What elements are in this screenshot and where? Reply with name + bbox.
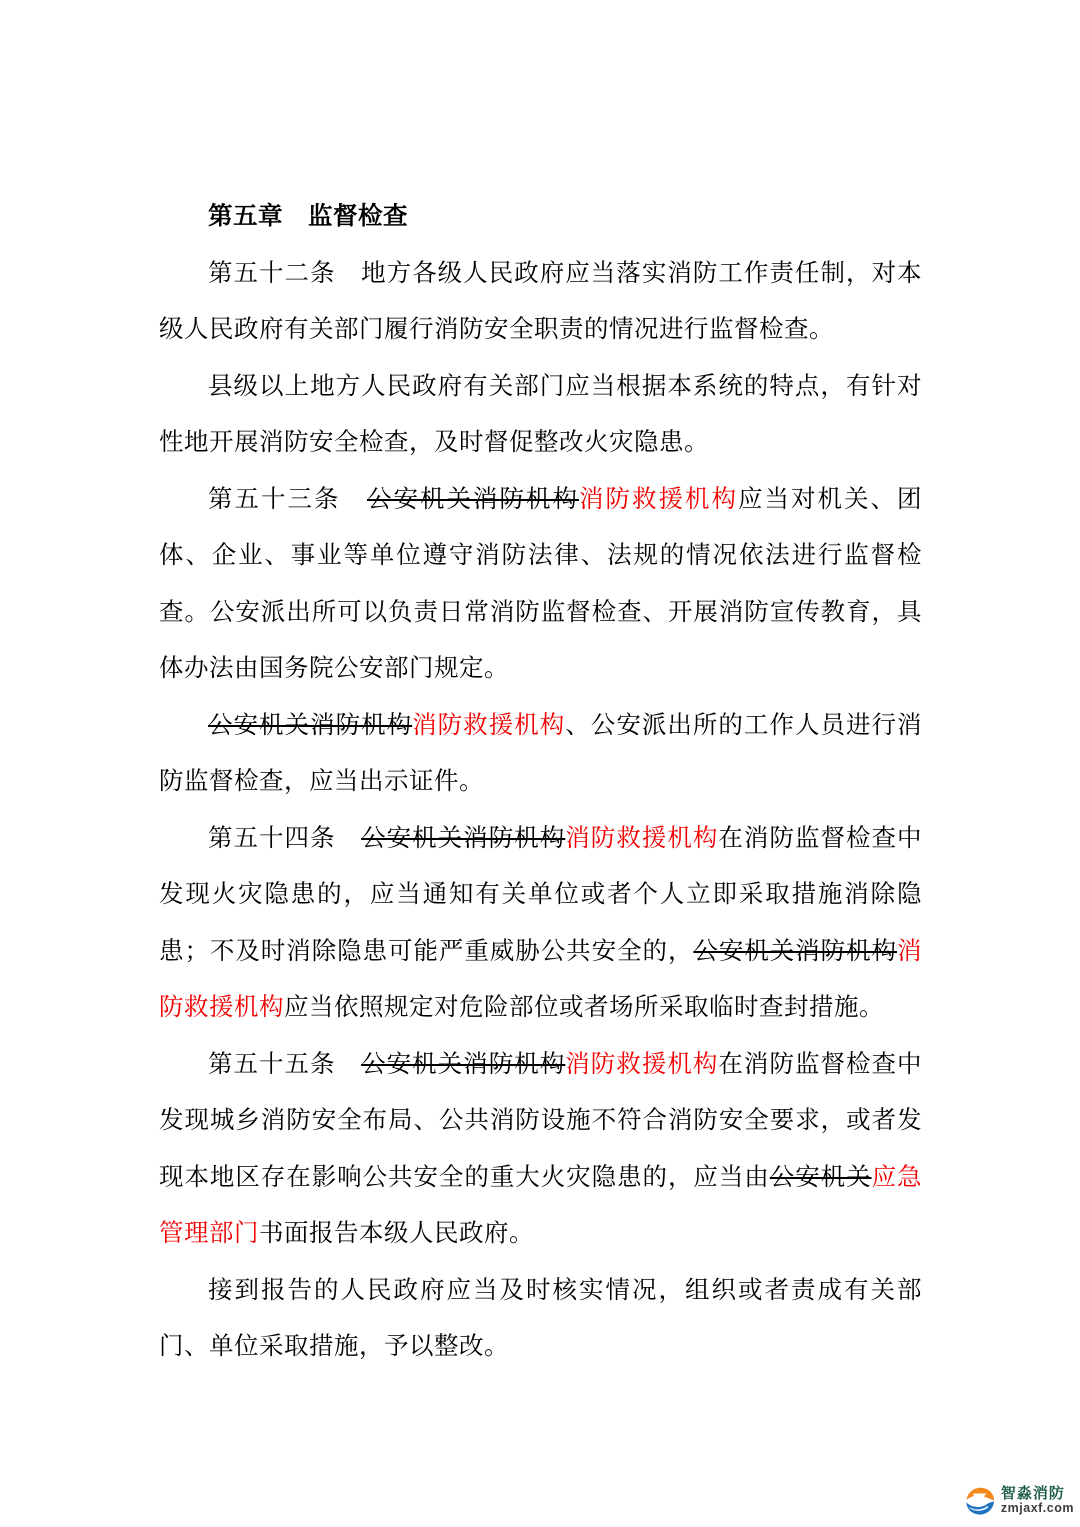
body-text: 接到报告的人民政府应当及时核实情况，组织或者责成有关部门、单位采取措施，予以整改… xyxy=(159,1277,922,1361)
struck-text: 公安机关消防机构 xyxy=(361,825,565,852)
zhimiao-watermark[interactable]: 智淼消防 zmjaxf.com xyxy=(964,1485,1074,1517)
struck-text: 公安机关消防机构 xyxy=(693,938,897,965)
paragraph-article-53-2: 公安机关消防机构消防救援机构、公安派出所的工作人员进行消防监督检查，应当出示证件… xyxy=(159,698,922,811)
document-body: 第五章 监督检查 第五十二条 地方各级人民政府应当落实消防工作责任制，对本级人民… xyxy=(159,189,922,1376)
inserted-red-text: 消防救援机构 xyxy=(412,712,565,739)
paragraph-article-52: 第五十二条 地方各级人民政府应当落实消防工作责任制，对本级人民政府有关部门履行消… xyxy=(159,246,922,359)
body-text: 第五十四条 xyxy=(208,825,361,852)
struck-text: 公安机关消防机构 xyxy=(367,486,579,513)
struck-text: 公安机关消防机构 xyxy=(208,712,412,739)
body-text: 第五十五条 xyxy=(208,1051,361,1078)
paragraph-article-55-2: 接到报告的人民政府应当及时核实情况，组织或者责成有关部门、单位采取措施，予以整改… xyxy=(159,1263,922,1376)
chapter-heading: 第五章 监督检查 xyxy=(159,189,922,246)
body-text: 县级以上地方人民政府有关部门应当根据本系统的特点，有针对性地开展消防安全检查，及… xyxy=(159,373,922,457)
paragraph-article-53: 第五十三条 公安机关消防机构消防救援机构应当对机关、团体、企业、事业等单位遵守消… xyxy=(159,472,922,698)
inserted-red-text: 消防救援机构 xyxy=(565,1051,718,1078)
paragraph-article-52-2: 县级以上地方人民政府有关部门应当根据本系统的特点，有针对性地开展消防安全检查，及… xyxy=(159,359,922,472)
inserted-red-text: 消防救援机构 xyxy=(565,825,718,852)
body-text: 书面报告本级人民政府。 xyxy=(259,1220,534,1247)
zhimiao-logo-icon xyxy=(964,1485,996,1517)
brand-name: 智淼消防 xyxy=(1001,1486,1074,1503)
body-text: 第五十三条 xyxy=(208,486,367,513)
struck-text: 公安机关 xyxy=(770,1164,872,1191)
body-text: 第五十二条 地方各级人民政府应当落实消防工作责任制，对本级人民政府有关部门履行消… xyxy=(159,260,922,344)
watermark-text: 智淼消防 zmjaxf.com xyxy=(1001,1486,1074,1516)
paragraph-article-54: 第五十四条 公安机关消防机构消防救援机构在消防监督检查中发现火灾隐患的，应当通知… xyxy=(159,811,922,1037)
body-text: 应当依照规定对危险部位或者场所采取临时查封措施。 xyxy=(284,994,884,1021)
paragraph-article-55: 第五十五条 公安机关消防机构消防救援机构在消防监督检查中发现城乡消防安全布局、公… xyxy=(159,1037,922,1263)
body-text: 应当对机关、团体、企业、事业等单位遵守消防法律、法规的情况依法进行监督检查。公安… xyxy=(159,486,922,683)
brand-domain: zmjaxf.com xyxy=(1001,1502,1074,1516)
inserted-red-text: 消防救援机构 xyxy=(579,486,738,513)
document-page: 第五章 监督检查 第五十二条 地方各级人民政府应当落实消防工作责任制，对本级人民… xyxy=(0,0,1080,1527)
struck-text: 公安机关消防机构 xyxy=(361,1051,565,1078)
